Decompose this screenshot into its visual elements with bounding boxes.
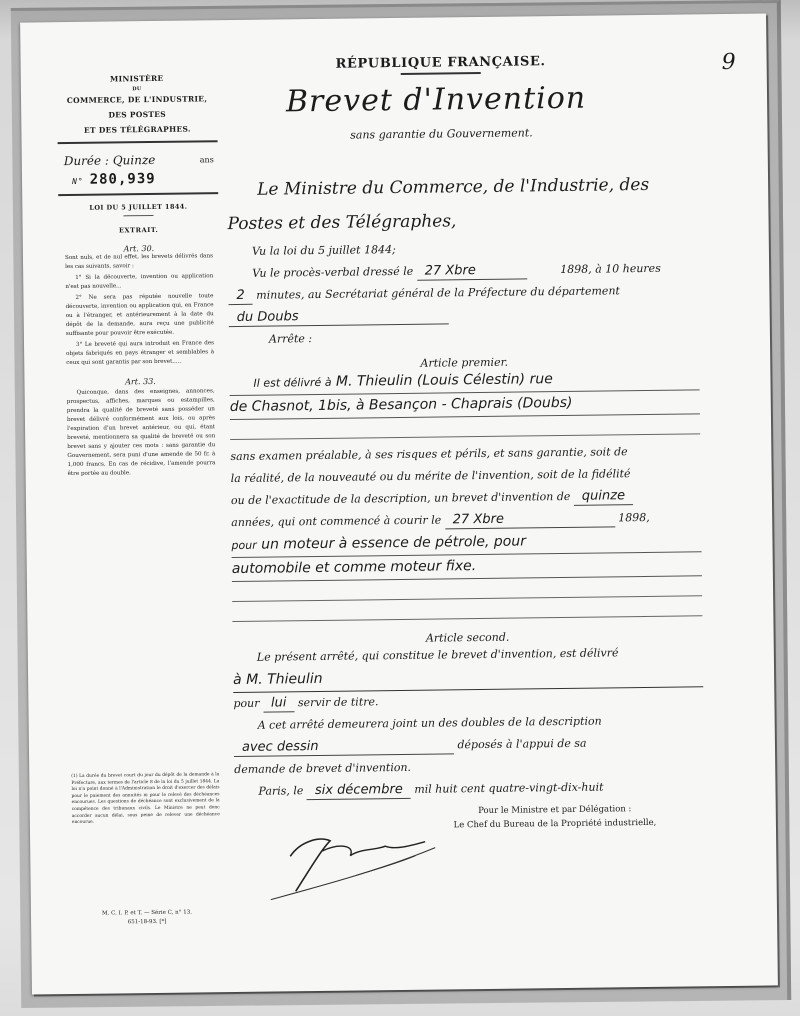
patent-number-field: N°280,939 (52, 166, 224, 190)
static-text: années, qui ont commencé à courir le (231, 513, 441, 529)
patent-duration: quinze (574, 488, 633, 506)
static-text: Il est délivré à (253, 376, 331, 390)
static-text: Paris, le (258, 784, 303, 798)
issue-date-line: Paris, le six décembre mil huit cent qua… (234, 775, 704, 803)
republic-heading: RÉPUBLIQUE FRANÇAISE. (186, 52, 696, 73)
minister-line: Postes et des Télégraphes, (227, 201, 697, 241)
article-30-paragraph: 3° Le breveté qui aura introduit en Fran… (54, 339, 226, 368)
law-reference: LOI DU 5 JUILLET 1844. (52, 202, 224, 212)
patent-number-label: N° (72, 177, 84, 186)
filed-date: 27 Xbre (417, 262, 527, 280)
static-text: servir de titre. (298, 695, 379, 709)
holder-name: M. Thieulin (Louis Célestin) rue (336, 371, 553, 390)
issue-day: six décembre (307, 782, 411, 800)
static-text: pour (231, 539, 256, 552)
divider (123, 215, 153, 216)
issue-year: mil huit cent quatre-vingt-dix-huit (414, 781, 603, 796)
page-number: 9 (721, 50, 735, 75)
department-prefix: du (237, 310, 254, 325)
patent-number-value: 280,939 (90, 171, 156, 188)
duration-label: Durée : (64, 154, 109, 169)
department-value: Doubs (257, 309, 298, 325)
duration-unit: ans (200, 155, 214, 164)
document-title: Brevet d'Invention (176, 79, 696, 120)
extract-heading: EXTRAIT. (53, 225, 225, 235)
filed-minutes: 2 (228, 288, 252, 305)
article-30-intro: Sont nuls, et de nul effet, les brevets … (53, 252, 225, 272)
attachments-value: avec dessin (234, 737, 454, 757)
static-text: ou de l'exactitude de la description, un… (231, 490, 571, 507)
footnotes: (1) La durée du brevet court du jour du … (59, 772, 232, 827)
duration-field: Durée : Quinze ans (52, 146, 224, 168)
form-reference: M. C. I. P. et T. — Série C, n° 13. 651-… (61, 908, 233, 928)
article-1-text: sans examen préalable, à ses risques et … (230, 440, 701, 534)
article-30-paragraph: 2° Ne sera pas réputée nouvelle toute dé… (53, 292, 226, 339)
invention-title: un moteur à essence de pétrole, pour (261, 533, 526, 552)
static-text: Vu le procès-verbal dressé le (252, 265, 413, 280)
footnote-text: (1) La durée du brevet court du jour du … (59, 772, 232, 827)
divider (58, 192, 218, 196)
article-33-text: Quiconque, dans des enseignes, annonces,… (55, 387, 228, 479)
document-subtitle: sans garantie du Gouvernement. (186, 124, 696, 143)
minister-heading: Le Ministre du Commerce, de l'Industrie,… (227, 167, 698, 241)
start-date: 27 Xbre (445, 510, 615, 529)
beneficiary-pronoun: lui (263, 695, 295, 712)
arrete-line: Arrête : (229, 323, 699, 351)
minister-line: Le Ministre du Commerce, de l'Industrie,… (257, 167, 697, 206)
signature-icon: G. Berthomieu (260, 819, 461, 901)
department-field: du Doubs (229, 307, 449, 327)
article-33-heading: Art. 33. (54, 376, 226, 387)
divider (401, 72, 481, 75)
main-content: 9 RÉPUBLIQUE FRANÇAISE. Brevet d'Inventi… (226, 52, 705, 835)
filed-year-time: 1898, à 10 heures (560, 262, 661, 276)
static-text: minutes, au Secrétariat général de la Pr… (256, 284, 620, 301)
duration-value: Quinze (113, 153, 156, 168)
static-text: déposés à l'appui de sa (457, 737, 586, 752)
article-30-paragraph: 1° Si la découverte, invention ou applic… (53, 272, 225, 292)
static-text: pour (233, 697, 259, 710)
form-reference-line: 651-18-93. [*] (61, 917, 233, 928)
start-year: 1898, (618, 511, 650, 524)
patent-document: MINISTÈRE DU COMMERCE, DE L'INDUSTRIE, D… (20, 13, 778, 994)
